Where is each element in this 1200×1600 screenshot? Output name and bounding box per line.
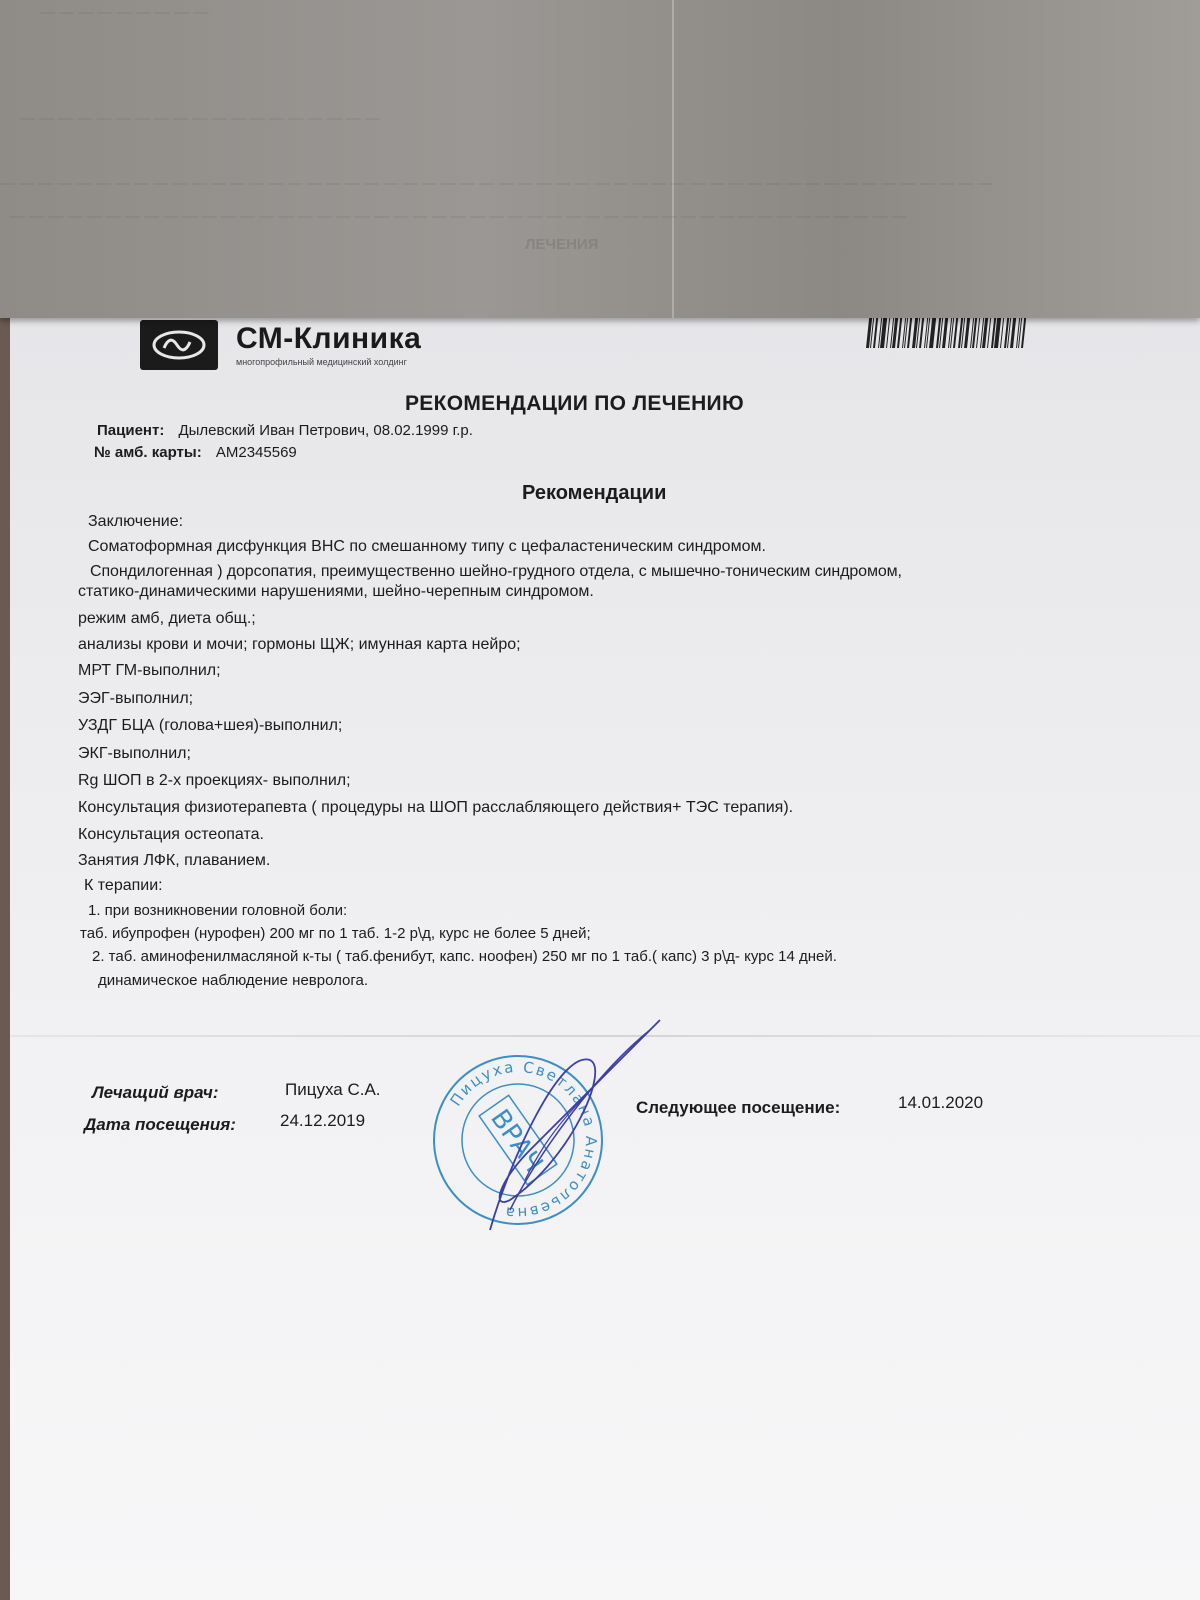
signature [450, 1010, 680, 1240]
therapy-item: динамическое наблюдение невролога. [98, 972, 368, 989]
patient-row: Пациент: Дылевский Иван Петрович, 08.02.… [97, 422, 473, 439]
recommendation-item: ЭЭГ-выполнил; [78, 690, 193, 708]
back-sheet-title: ЛЕЧЕНИЯ [525, 236, 598, 253]
next-visit-value: 14.01.2020 [898, 1093, 983, 1113]
fold-line [672, 0, 674, 318]
ghost-text: — — — — — — — — — — — — — — — — — — — [20, 110, 380, 127]
recommendation-item: УЗДГ БЦА (голова+шея)-выполнил; [78, 717, 342, 735]
recommendation-item: режим амб, диета общ.; [78, 610, 256, 628]
therapy-item: 2. таб. аминофенилмасляной к-ты ( таб.фе… [92, 948, 837, 965]
therapy-item: 1. при возникновении головной боли: [88, 902, 347, 919]
therapy-label: К терапии: [84, 877, 163, 895]
card-label: № амб. карты: [94, 444, 202, 461]
ghost-text: — — — — — — — — — — — — — — — — — — — — … [0, 175, 993, 192]
conclusion-line: статико-динамическими нарушениями, шейно… [78, 583, 594, 601]
clinic-logo: СМ-Клиника многопрофильный медицинский х… [140, 320, 421, 370]
card-value: АМ2345569 [216, 444, 297, 461]
patient-label: Пациент: [97, 422, 164, 439]
recommendation-item: МРТ ГМ-выполнил; [78, 662, 221, 680]
recommendation-item: анализы крови и мочи; гормоны ЩЖ; имунна… [78, 636, 521, 654]
therapy-item: таб. ибупрофен (нурофен) 200 мг по 1 таб… [80, 925, 591, 942]
clinic-tagline: многопрофильный медицинский холдинг [236, 357, 421, 367]
back-sheet: — — — — — — — — — — — — — — — — — — — — … [0, 0, 1200, 318]
section-title: Рекомендации [522, 482, 666, 505]
recommendation-item: Консультация остеопата. [78, 826, 264, 844]
recommendation-page: СМ-Клиника многопрофильный медицинский х… [10, 310, 1200, 1600]
recommendation-item: Занятия ЛФК, плаванием. [78, 852, 270, 870]
card-row: № амб. карты: АМ2345569 [94, 444, 297, 461]
recommendation-item: ЭКГ-выполнил; [78, 745, 191, 763]
recommendation-item: Консультация физиотерапевта ( процедуры … [78, 799, 793, 817]
conclusion-line: Соматоформная дисфункция ВНС по смешанно… [88, 538, 766, 556]
conclusion-label: Заключение: [88, 513, 183, 531]
conclusion-line: Спондилогенная ) дорсопатия, преимуществ… [90, 563, 902, 581]
visit-date-label: Дата посещения: [84, 1115, 236, 1135]
doctor-label: Лечащий врач: [92, 1083, 219, 1103]
wave-logo-icon [140, 320, 218, 370]
clinic-name: СМ-Клиника [236, 323, 421, 355]
recommendation-item: Rg ШОП в 2-х проекциях- выполнил; [78, 772, 351, 790]
patient-value: Дылевский Иван Петрович, 08.02.1999 г.р. [178, 422, 472, 439]
doctor-value: Пицуха С.А. [285, 1080, 381, 1100]
document-title: РЕКОМЕНДАЦИИ ПО ЛЕЧЕНИЮ [405, 392, 744, 416]
ghost-text: — — — — — — — — — [40, 4, 208, 21]
ghost-text: — — — — — — — — — — — — — — — — — — — — … [10, 208, 907, 225]
visit-date-value: 24.12.2019 [280, 1111, 365, 1131]
